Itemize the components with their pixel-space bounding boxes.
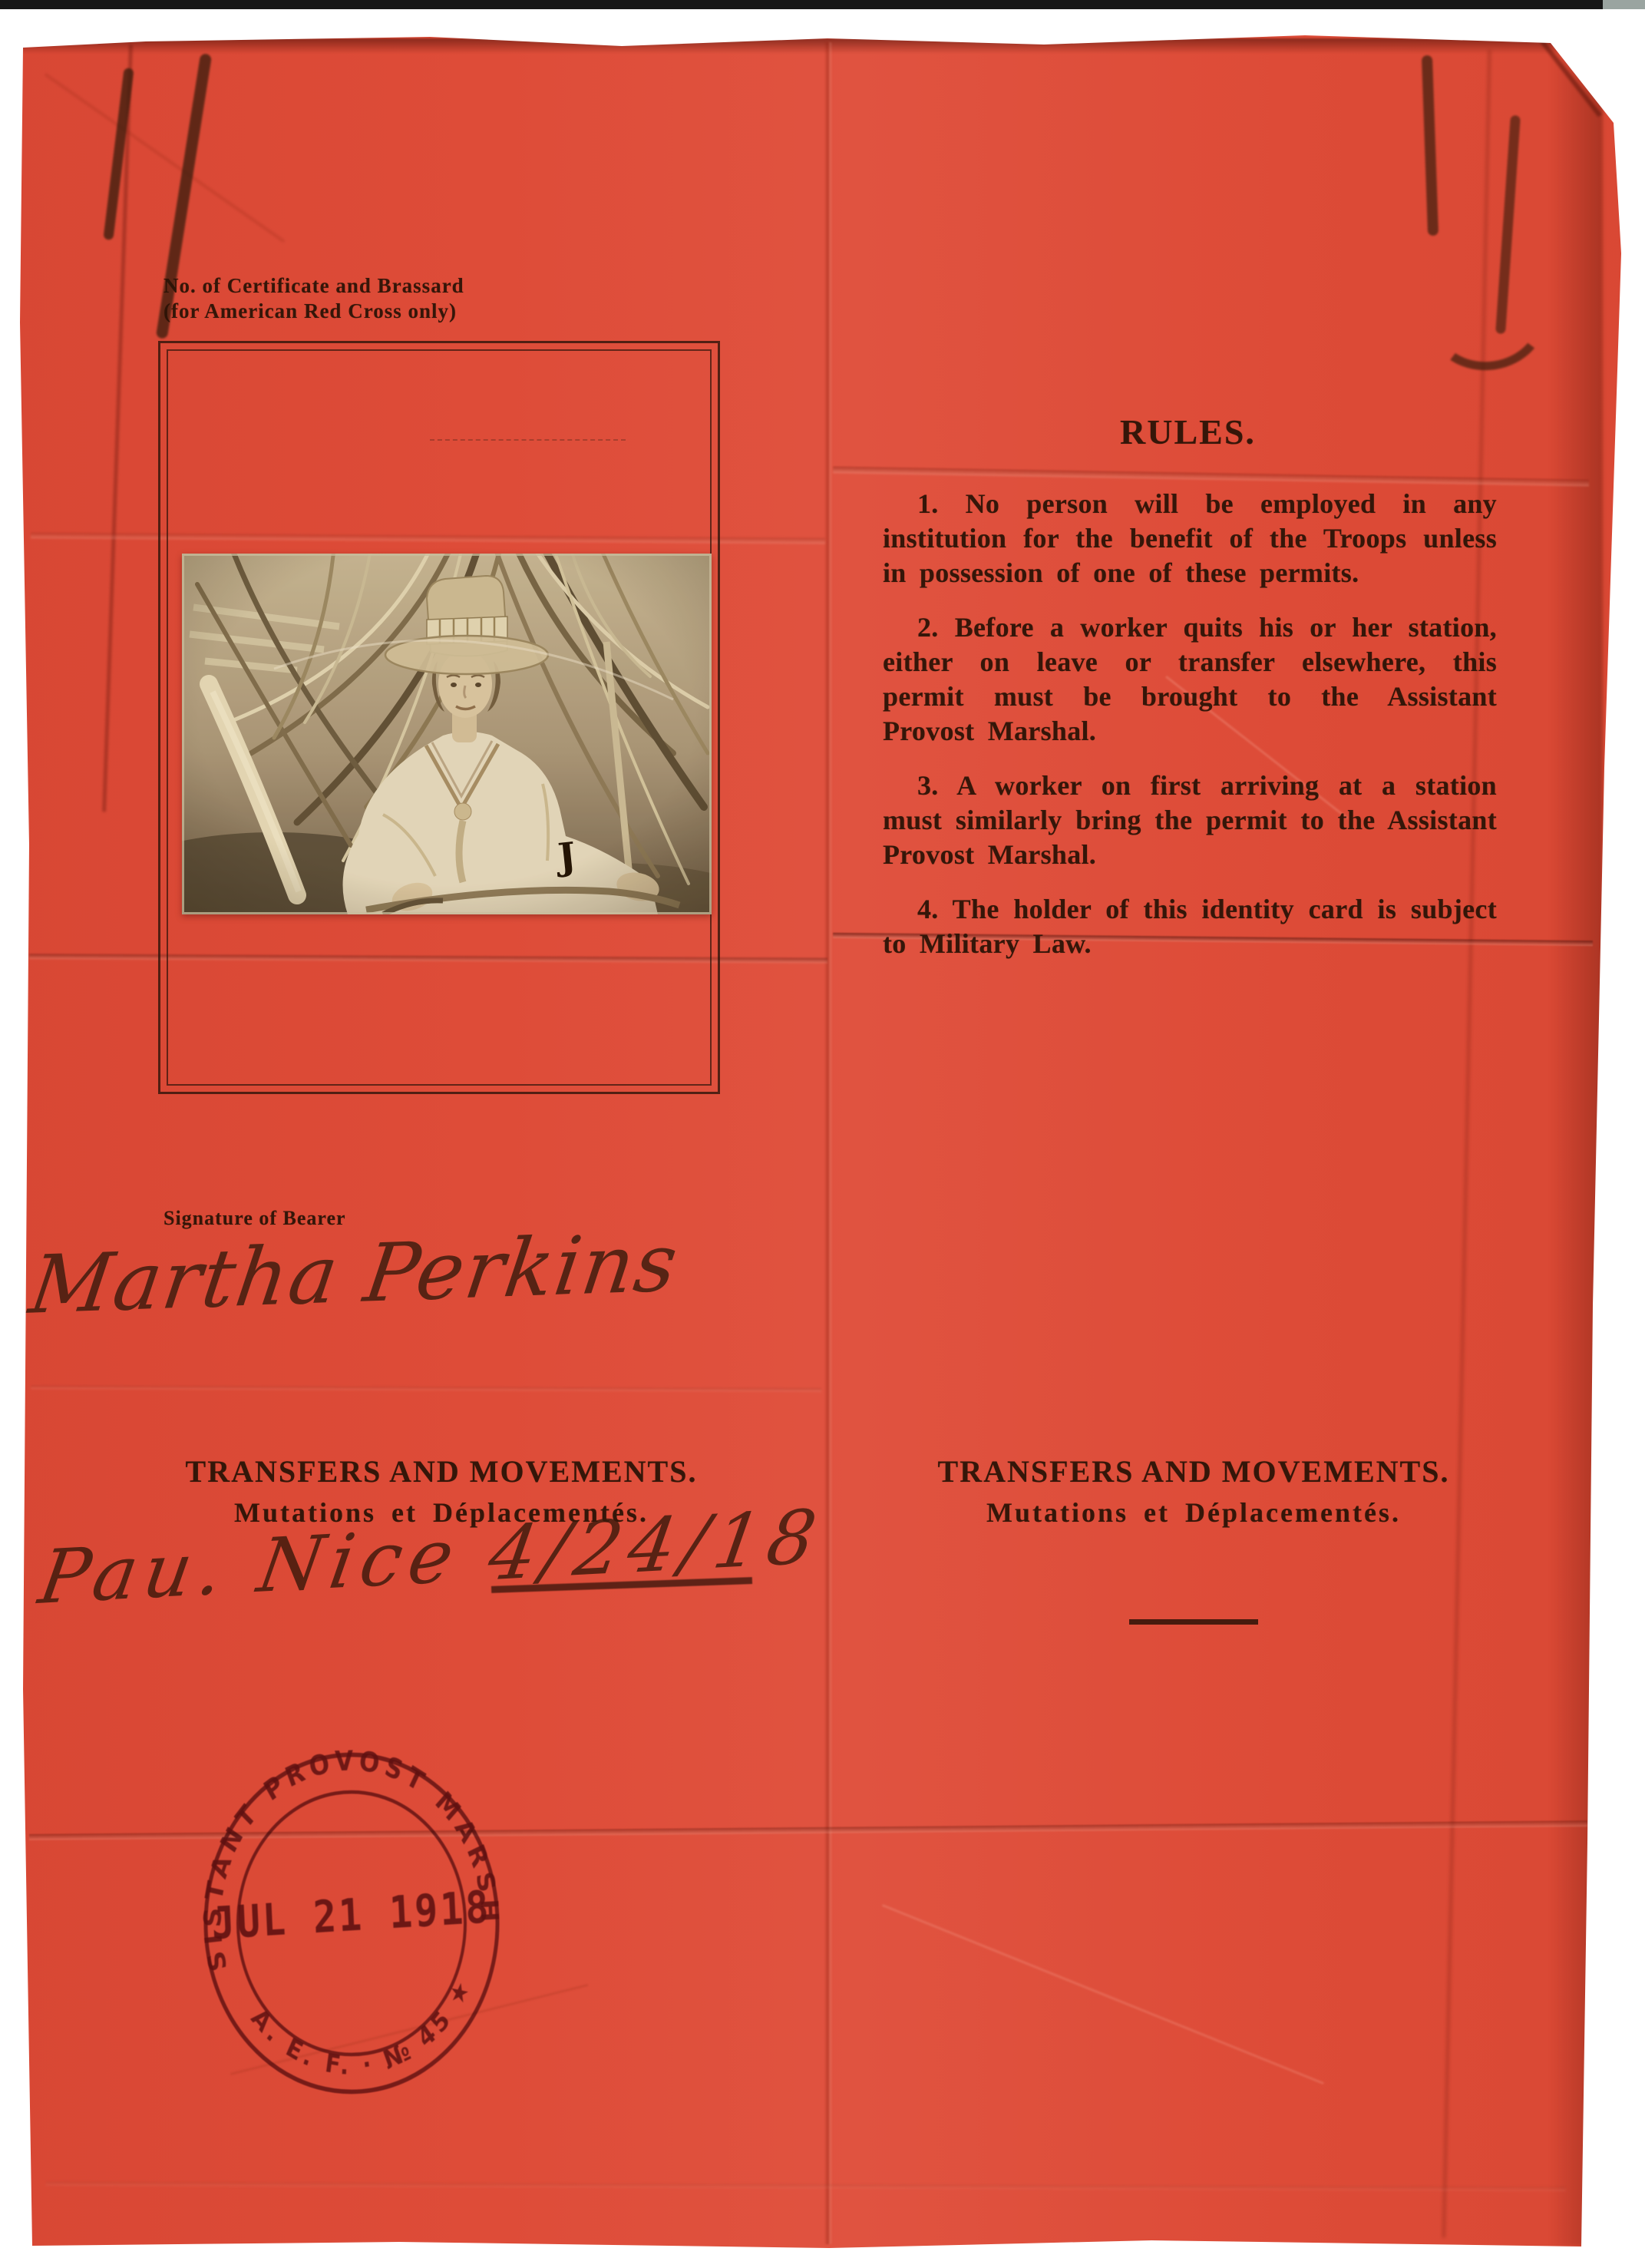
pencil-mark: [430, 439, 626, 441]
transfers-heading-rule: [1129, 1619, 1258, 1625]
scanner-edge-strip: [0, 0, 1645, 9]
stamp-date: JUL 21 1918: [210, 1881, 492, 1949]
diagonal-crease-top-left: [45, 73, 286, 243]
ink-smear-top-right-curve: [1423, 263, 1553, 378]
transfers-heading-right-fr: Mutations et Déplacementés.: [890, 1496, 1497, 1529]
scanned-permit-document: No. of Certificate and Brassard (for Ame…: [0, 0, 1645, 2268]
svg-text:A. E. F. · № 45 ★: A. E. F. · № 45 ★: [244, 1969, 487, 2098]
transfers-heading-right-en: TRANSFERS AND MOVEMENTS.: [890, 1453, 1497, 1489]
rules-title: RULES.: [883, 412, 1493, 452]
bearer-photograph: J: [182, 554, 712, 914]
right-vertical-crease: [1442, 50, 1491, 2237]
transfers-heading-right: TRANSFERS AND MOVEMENTS. Mutations et Dé…: [890, 1453, 1497, 1625]
clipped-corner-shadow: [1538, 37, 1602, 117]
upper-fold-right: [833, 466, 1589, 486]
rule-2: 2. Before a worker quits his or her stat…: [883, 610, 1497, 749]
scanner-edge-strip-tail: [1603, 0, 1645, 9]
signature-area-crease: [31, 1385, 821, 1392]
certificate-label-line1: No. of Certificate and Brassard: [164, 273, 563, 299]
certificate-label-line2: (for American Red Cross only): [164, 299, 563, 324]
bearer-signature: Martha Perkins: [25, 1215, 685, 1332]
certificate-label: No. of Certificate and Brassard (for Ame…: [164, 273, 563, 324]
ink-smear-top-left-1: [103, 68, 134, 240]
provost-marshal-stamp: ASSISTANT PROVOST MARSHAL A. E. F. · № 4…: [201, 1746, 502, 2101]
sepia-wash: [182, 554, 712, 914]
red-permit-paper: No. of Certificate and Brassard (for Ame…: [0, 0, 1645, 2268]
bottom-crease: [46, 2182, 1566, 2191]
ink-smear-top-right-1: [1422, 55, 1439, 236]
rule-1: 1. No person will be employed in any ins…: [883, 487, 1497, 590]
signature-of-bearer-label: Signature of Bearer: [164, 1207, 346, 1230]
top-edge-shadow: [20, 38, 1617, 54]
rules-list: 1. No person will be employed in any ins…: [883, 487, 1497, 981]
rule-3: 3. A worker on first arriving at a stati…: [883, 769, 1497, 872]
rule-4: 4. The holder of this identity card is s…: [883, 892, 1497, 961]
diagonal-crease-bottom-right: [882, 1904, 1324, 2085]
transfers-heading-left-en: TRANSFERS AND MOVEMENTS.: [138, 1453, 745, 1489]
vertical-center-fold: [824, 42, 832, 2244]
stamp-ring-bottom-text: A. E. F. · № 45 ★: [244, 1969, 487, 2098]
right-edge-shadow: [1549, 42, 1603, 2246]
